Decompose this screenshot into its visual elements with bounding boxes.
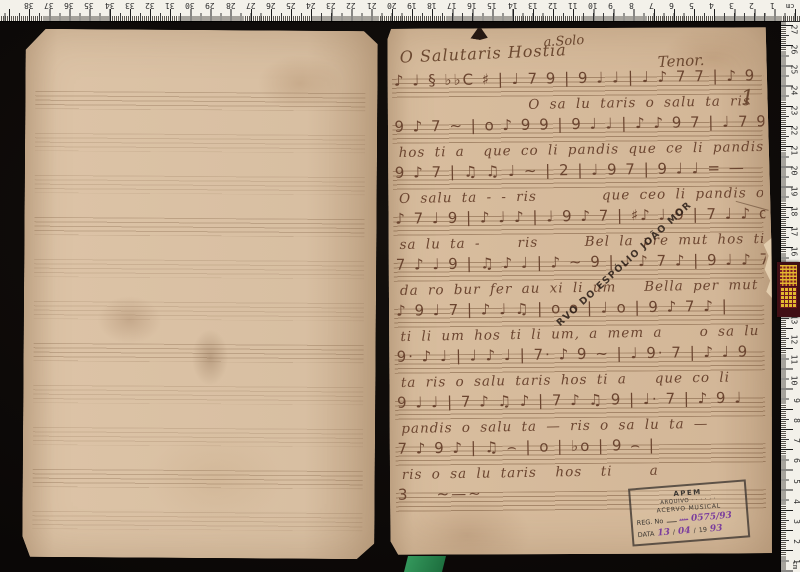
reg-number: 0575/93 bbox=[691, 511, 733, 524]
ruler-number: 4 bbox=[792, 499, 800, 504]
ruler-unit-label: cm bbox=[786, 2, 794, 10]
green-cradle-tab bbox=[404, 556, 446, 572]
ruler-number: 38 bbox=[24, 1, 34, 10]
ruler-number: 27 bbox=[246, 1, 256, 10]
music-system: 9 ♪ 7 | ♫ ♫ ♩ ~ | 2 | ♩ 9 7 | 9 ♩ ♩ = — … bbox=[393, 167, 763, 208]
right-manuscript-page: O Salutaris Hostia a Solo Tenor. 1 ♪ ♩ §… bbox=[385, 25, 774, 557]
music-system: ♪ ♩ § ♭♭C ♯ | ♩ 7 9 | 9 ♩ ♩ | ♩ ♪ 7 7 | … bbox=[392, 75, 762, 116]
archive-registration-stamp: APEM ARQUIVO · · · · · · ACERVO MUSICAL … bbox=[628, 479, 750, 546]
ruler-number: 18 bbox=[790, 206, 799, 216]
ruler-number: 24 bbox=[306, 1, 316, 10]
ruler-number: 10 bbox=[588, 1, 598, 10]
blank-staff-lines bbox=[33, 469, 363, 489]
ruler-number: 16 bbox=[467, 1, 477, 10]
ruler-number: 2 bbox=[792, 539, 800, 544]
calibration-chips bbox=[780, 265, 797, 286]
blank-staff-lines bbox=[35, 133, 365, 153]
ruler-number: 5 bbox=[689, 1, 694, 10]
ruler-number: 7 bbox=[649, 1, 654, 10]
ruler-number: 6 bbox=[792, 458, 800, 463]
manuscript-title: O Salutaris Hostia bbox=[399, 40, 567, 66]
ruler-number: 25 bbox=[286, 1, 296, 10]
blank-staff-lines bbox=[34, 217, 364, 237]
blank-staff-lines bbox=[34, 301, 364, 321]
calibration-grid bbox=[780, 287, 797, 308]
music-system: 9 ♩ ♩ | 7 ♪ ♫ ♪ | 7 ♪ ♫ 9 | ♩· 7 | ♪ 9 ♩… bbox=[395, 397, 765, 438]
reg-crossed-out: ···· bbox=[679, 515, 689, 524]
ruler-number: 22 bbox=[790, 126, 799, 136]
scanned-manuscript-photo: 3837363534333231302928272625242322212019… bbox=[0, 0, 800, 572]
music-system: 9· ♪ ♩ | ♩ ♪ ♩ | 7· ♪ 9 ~ | ♩ 9· 7 | ♪ ♩… bbox=[395, 351, 765, 392]
date-year: 93 bbox=[710, 523, 723, 534]
ruler-number: 27 bbox=[790, 25, 799, 35]
ruler-number: 19 bbox=[407, 1, 417, 10]
ruler-number: 15 bbox=[487, 1, 497, 10]
date-month: 04 bbox=[678, 526, 691, 537]
ruler-number: 23 bbox=[790, 105, 799, 115]
ruler-number: 1 bbox=[770, 1, 775, 10]
notes-line: ♪ ♩ § ♭♭C ♯ | ♩ 7 9 | 9 ♩ ♩ | ♩ ♪ 7 7 | … bbox=[394, 66, 764, 89]
ruler-number: 24 bbox=[790, 85, 799, 95]
music-system: 9 ♪ 7 ~ | o ♪ 9 9 | 9 ♩ ♩ | ♪ ♪ 9 7 | ♩ … bbox=[392, 121, 762, 162]
ruler-number: 2 bbox=[749, 1, 754, 10]
date-day: 13 bbox=[657, 528, 670, 539]
blank-staff-lines bbox=[34, 259, 364, 279]
ruler-number: 16 bbox=[790, 247, 799, 257]
ruler-number: 12 bbox=[548, 1, 558, 10]
ruler-number: 37 bbox=[44, 1, 54, 10]
ruler-number: 29 bbox=[205, 1, 215, 10]
date-century: 19 bbox=[698, 526, 707, 535]
ruler-number: 20 bbox=[790, 166, 799, 176]
ruler-number: 8 bbox=[629, 1, 634, 10]
ruler-number: 7 bbox=[792, 438, 800, 443]
ruler-number: 3 bbox=[792, 519, 800, 524]
ruler-number: 23 bbox=[326, 1, 336, 10]
ruler-number: 20 bbox=[387, 1, 397, 10]
ruler-number: 19 bbox=[790, 186, 799, 196]
ruler-number: 5 bbox=[792, 479, 800, 484]
ruler-number: 14 bbox=[508, 1, 518, 10]
color-calibration-target bbox=[777, 262, 800, 317]
music-system: 7 ♪ ♩ 9 | ♫ ♪ ♩ | ♪ ~ 9 | ♩ ♪ 7 ♪ | 9 ♩ … bbox=[394, 259, 764, 300]
ruler-number: 4 bbox=[709, 1, 714, 10]
ruler-number: 22 bbox=[346, 1, 356, 10]
ruler-number: 13 bbox=[528, 1, 538, 10]
ruler-number: 12 bbox=[790, 335, 799, 345]
music-system: ♪ 7 ♩ 9 | ♪ ♩ ♪ | ♩ 9 ♪ 7 | ♯♪ ♩ 9 | 7 ♩… bbox=[393, 213, 763, 254]
ruler-number: 30 bbox=[185, 1, 195, 10]
ruler-number: 21 bbox=[790, 146, 799, 156]
blank-staff-lines bbox=[35, 91, 365, 111]
top-cm-ruler: 3837363534333231302928272625242322212019… bbox=[0, 0, 800, 21]
ruler-number: 11 bbox=[790, 355, 799, 365]
ink-blot bbox=[470, 25, 489, 42]
ruler-number: 9 bbox=[792, 398, 800, 403]
left-blank-page bbox=[22, 29, 378, 559]
ruler-number: 18 bbox=[427, 1, 437, 10]
ruler-number: 32 bbox=[145, 1, 155, 10]
ruler-number: 21 bbox=[367, 1, 377, 10]
ruler-number: 26 bbox=[790, 45, 799, 55]
ruler-number: 9 bbox=[608, 1, 613, 10]
ruler-number: 25 bbox=[790, 65, 799, 75]
blank-staff-lines bbox=[35, 175, 365, 195]
ruler-number: 33 bbox=[125, 1, 135, 10]
ruler-number: 34 bbox=[105, 1, 115, 10]
ruler-number: 6 bbox=[669, 1, 674, 10]
blank-staff-lines bbox=[32, 511, 362, 531]
reg-label: REG. No bbox=[636, 517, 663, 527]
ruler-number: 10 bbox=[790, 375, 799, 385]
ruler-number: 17 bbox=[790, 227, 799, 237]
manuscript-subtitle: a Solo bbox=[543, 33, 584, 50]
ruler-number: 28 bbox=[226, 1, 236, 10]
blank-staff-lines bbox=[33, 385, 363, 405]
date-label: DATA bbox=[637, 530, 654, 539]
ruler-number: 11 bbox=[568, 1, 578, 10]
ruler-number: 26 bbox=[266, 1, 276, 10]
ruler-number: 35 bbox=[84, 1, 94, 10]
reg-blank bbox=[666, 515, 677, 523]
ruler-number: 8 bbox=[792, 418, 800, 423]
music-system: 7 ♪ 9 ♪ | ♫ ⌢ | o | ♭o | 9 ⌢ | ris o sa … bbox=[395, 443, 765, 484]
ruler-number: 3 bbox=[729, 1, 734, 10]
ruler-number: 31 bbox=[165, 1, 175, 10]
ruler-unit-label: cm bbox=[791, 561, 799, 569]
ruler-number: 36 bbox=[64, 1, 74, 10]
title-line: O Salutaris Hostia a Solo Tenor. 1 bbox=[385, 25, 769, 29]
ruler-number: 17 bbox=[447, 1, 457, 10]
blank-staff-lines bbox=[33, 427, 363, 447]
blank-staff-lines bbox=[34, 343, 364, 363]
